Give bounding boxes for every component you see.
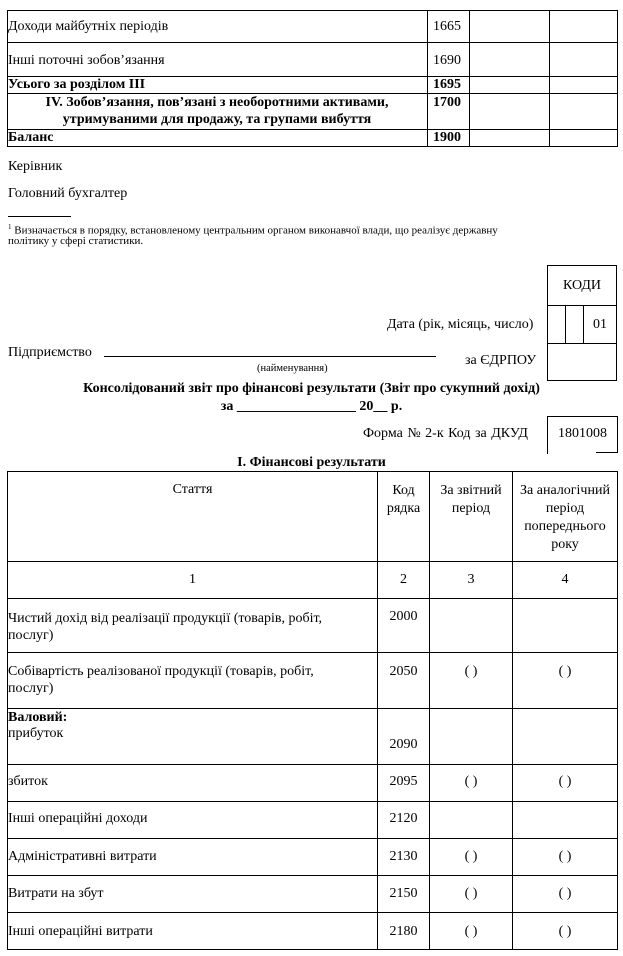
row-label: Усього за розділом IІІ <box>8 77 145 93</box>
date-month-field[interactable] <box>566 306 582 342</box>
row-label: Інші поточні зобов’язання <box>8 53 165 69</box>
row-code: 1900 <box>433 130 461 146</box>
footnote-line: політику у сфері статистики. <box>8 234 143 248</box>
box-border <box>616 265 617 380</box>
table-border <box>7 838 618 839</box>
table-border <box>7 801 618 802</box>
header-current-period: період <box>430 500 512 518</box>
edrpou-label: за ЄДРПОУ <box>465 353 536 369</box>
current-value-cell[interactable] <box>430 709 512 763</box>
row-label: послуг) <box>8 681 53 697</box>
row-label: Адміністративні витрати <box>8 849 157 865</box>
header-code: Код <box>378 482 429 500</box>
column-number: 4 <box>513 572 617 588</box>
current-value-cell[interactable]: ( ) <box>430 924 512 940</box>
column-number: 3 <box>430 572 512 588</box>
date-year-field[interactable] <box>548 306 564 342</box>
row-code: 1700 <box>433 95 461 111</box>
table-border <box>7 875 618 876</box>
previous-value-cell[interactable] <box>513 599 617 651</box>
header-code: рядка <box>378 500 429 518</box>
current-value-cell[interactable] <box>470 94 548 128</box>
date-day-field[interactable]: 01 <box>584 317 616 333</box>
row-label: Інші операційні доходи <box>8 811 147 827</box>
current-value-cell[interactable] <box>470 11 548 41</box>
row-label: Доходи майбутніх періодів <box>8 19 168 35</box>
enterprise-name-field[interactable] <box>104 356 436 357</box>
current-value-cell[interactable]: ( ) <box>430 849 512 865</box>
row-code: 2000 <box>378 609 429 625</box>
box-border <box>547 265 617 266</box>
row-code: 2180 <box>378 924 429 940</box>
table-border <box>7 146 618 147</box>
current-value-cell[interactable] <box>470 77 548 92</box>
form-label: Форма № 2-к Код за ДКУД <box>363 426 528 442</box>
row-code: 2050 <box>378 664 429 680</box>
row-label: Витрати на збут <box>8 886 104 902</box>
previous-value-cell[interactable]: ( ) <box>513 886 617 902</box>
row-label: Чистий дохід від реалізації продукції (т… <box>8 611 322 627</box>
row-code: 2095 <box>378 774 429 790</box>
table-border <box>7 764 618 765</box>
row-code: 2120 <box>378 811 429 827</box>
report-period: за _________________ 20__ р. <box>0 399 623 415</box>
current-value-cell[interactable]: ( ) <box>430 886 512 902</box>
column-number: 2 <box>378 572 429 588</box>
footnote-separator <box>8 216 71 217</box>
table-border <box>617 10 618 147</box>
previous-value-cell[interactable] <box>550 130 616 145</box>
codes-header: КОДИ <box>548 278 616 294</box>
current-value-cell[interactable] <box>430 599 512 651</box>
previous-value-cell[interactable]: ( ) <box>513 849 617 865</box>
director-signature-label: Керівник <box>8 159 62 175</box>
table-border <box>377 471 378 950</box>
previous-value-cell[interactable] <box>550 11 616 41</box>
row-code: 1665 <box>433 19 461 35</box>
row-label: утримуваними для продажу, та групами виб… <box>8 112 426 128</box>
header-previous-period: попереднього <box>513 518 617 536</box>
table-border <box>7 949 618 950</box>
row-heading: Валовий: <box>8 710 67 726</box>
row-code: 2130 <box>378 849 429 865</box>
current-value-cell[interactable]: ( ) <box>430 664 512 680</box>
row-code: 1695 <box>433 77 461 93</box>
box-border <box>596 452 618 453</box>
report-title: Консолідований звіт про фінансові резуль… <box>0 381 623 397</box>
section-title: I. Фінансові результати <box>0 455 623 471</box>
previous-value-cell[interactable] <box>550 77 616 92</box>
row-code: 2150 <box>378 886 429 902</box>
table-border <box>7 912 618 913</box>
chief-accountant-signature-label: Головний бухгалтер <box>8 186 127 202</box>
previous-value-cell[interactable] <box>550 43 616 75</box>
column-number: 1 <box>8 572 377 588</box>
row-label: послуг) <box>8 628 53 644</box>
row-label: IV. Зобов’язання, пов’язані з необоротни… <box>8 95 426 111</box>
previous-value-cell[interactable] <box>550 94 616 128</box>
row-label: Баланс <box>8 130 54 146</box>
header-previous-period: року <box>513 536 617 554</box>
header-previous-period: За аналогічний <box>513 482 617 500</box>
row-label: прибуток <box>8 726 63 742</box>
table-border <box>427 10 428 147</box>
row-label: збиток <box>8 774 48 790</box>
row-code: 1690 <box>433 53 461 69</box>
enterprise-label: Підприємство <box>8 345 92 361</box>
header-previous-period: період <box>513 500 617 518</box>
previous-value-cell[interactable] <box>513 709 617 763</box>
header-article: Стаття <box>8 482 377 498</box>
current-value-cell[interactable]: ( ) <box>430 774 512 790</box>
dkud-code: 1801008 <box>548 426 617 442</box>
header-current-period: За звітний <box>430 482 512 500</box>
box-border <box>617 416 618 453</box>
previous-value-cell[interactable]: ( ) <box>513 774 617 790</box>
edrpou-field[interactable] <box>548 344 616 379</box>
date-label: Дата (рік, місяць, число) <box>387 317 533 333</box>
table-border <box>7 471 618 472</box>
table-border <box>617 471 618 950</box>
row-label: Інші операційні витрати <box>8 924 153 940</box>
row-label: Собівартість реалізованої продукції (тов… <box>8 664 314 680</box>
box-border <box>547 416 618 417</box>
table-border <box>7 561 618 562</box>
previous-value-cell[interactable]: ( ) <box>513 664 617 680</box>
enterprise-caption: (найменування) <box>257 361 328 377</box>
previous-value-cell[interactable]: ( ) <box>513 924 617 940</box>
table-border <box>7 652 618 653</box>
current-value-cell[interactable] <box>470 43 548 75</box>
current-value-cell[interactable] <box>470 130 548 145</box>
row-code: 2090 <box>378 737 429 753</box>
